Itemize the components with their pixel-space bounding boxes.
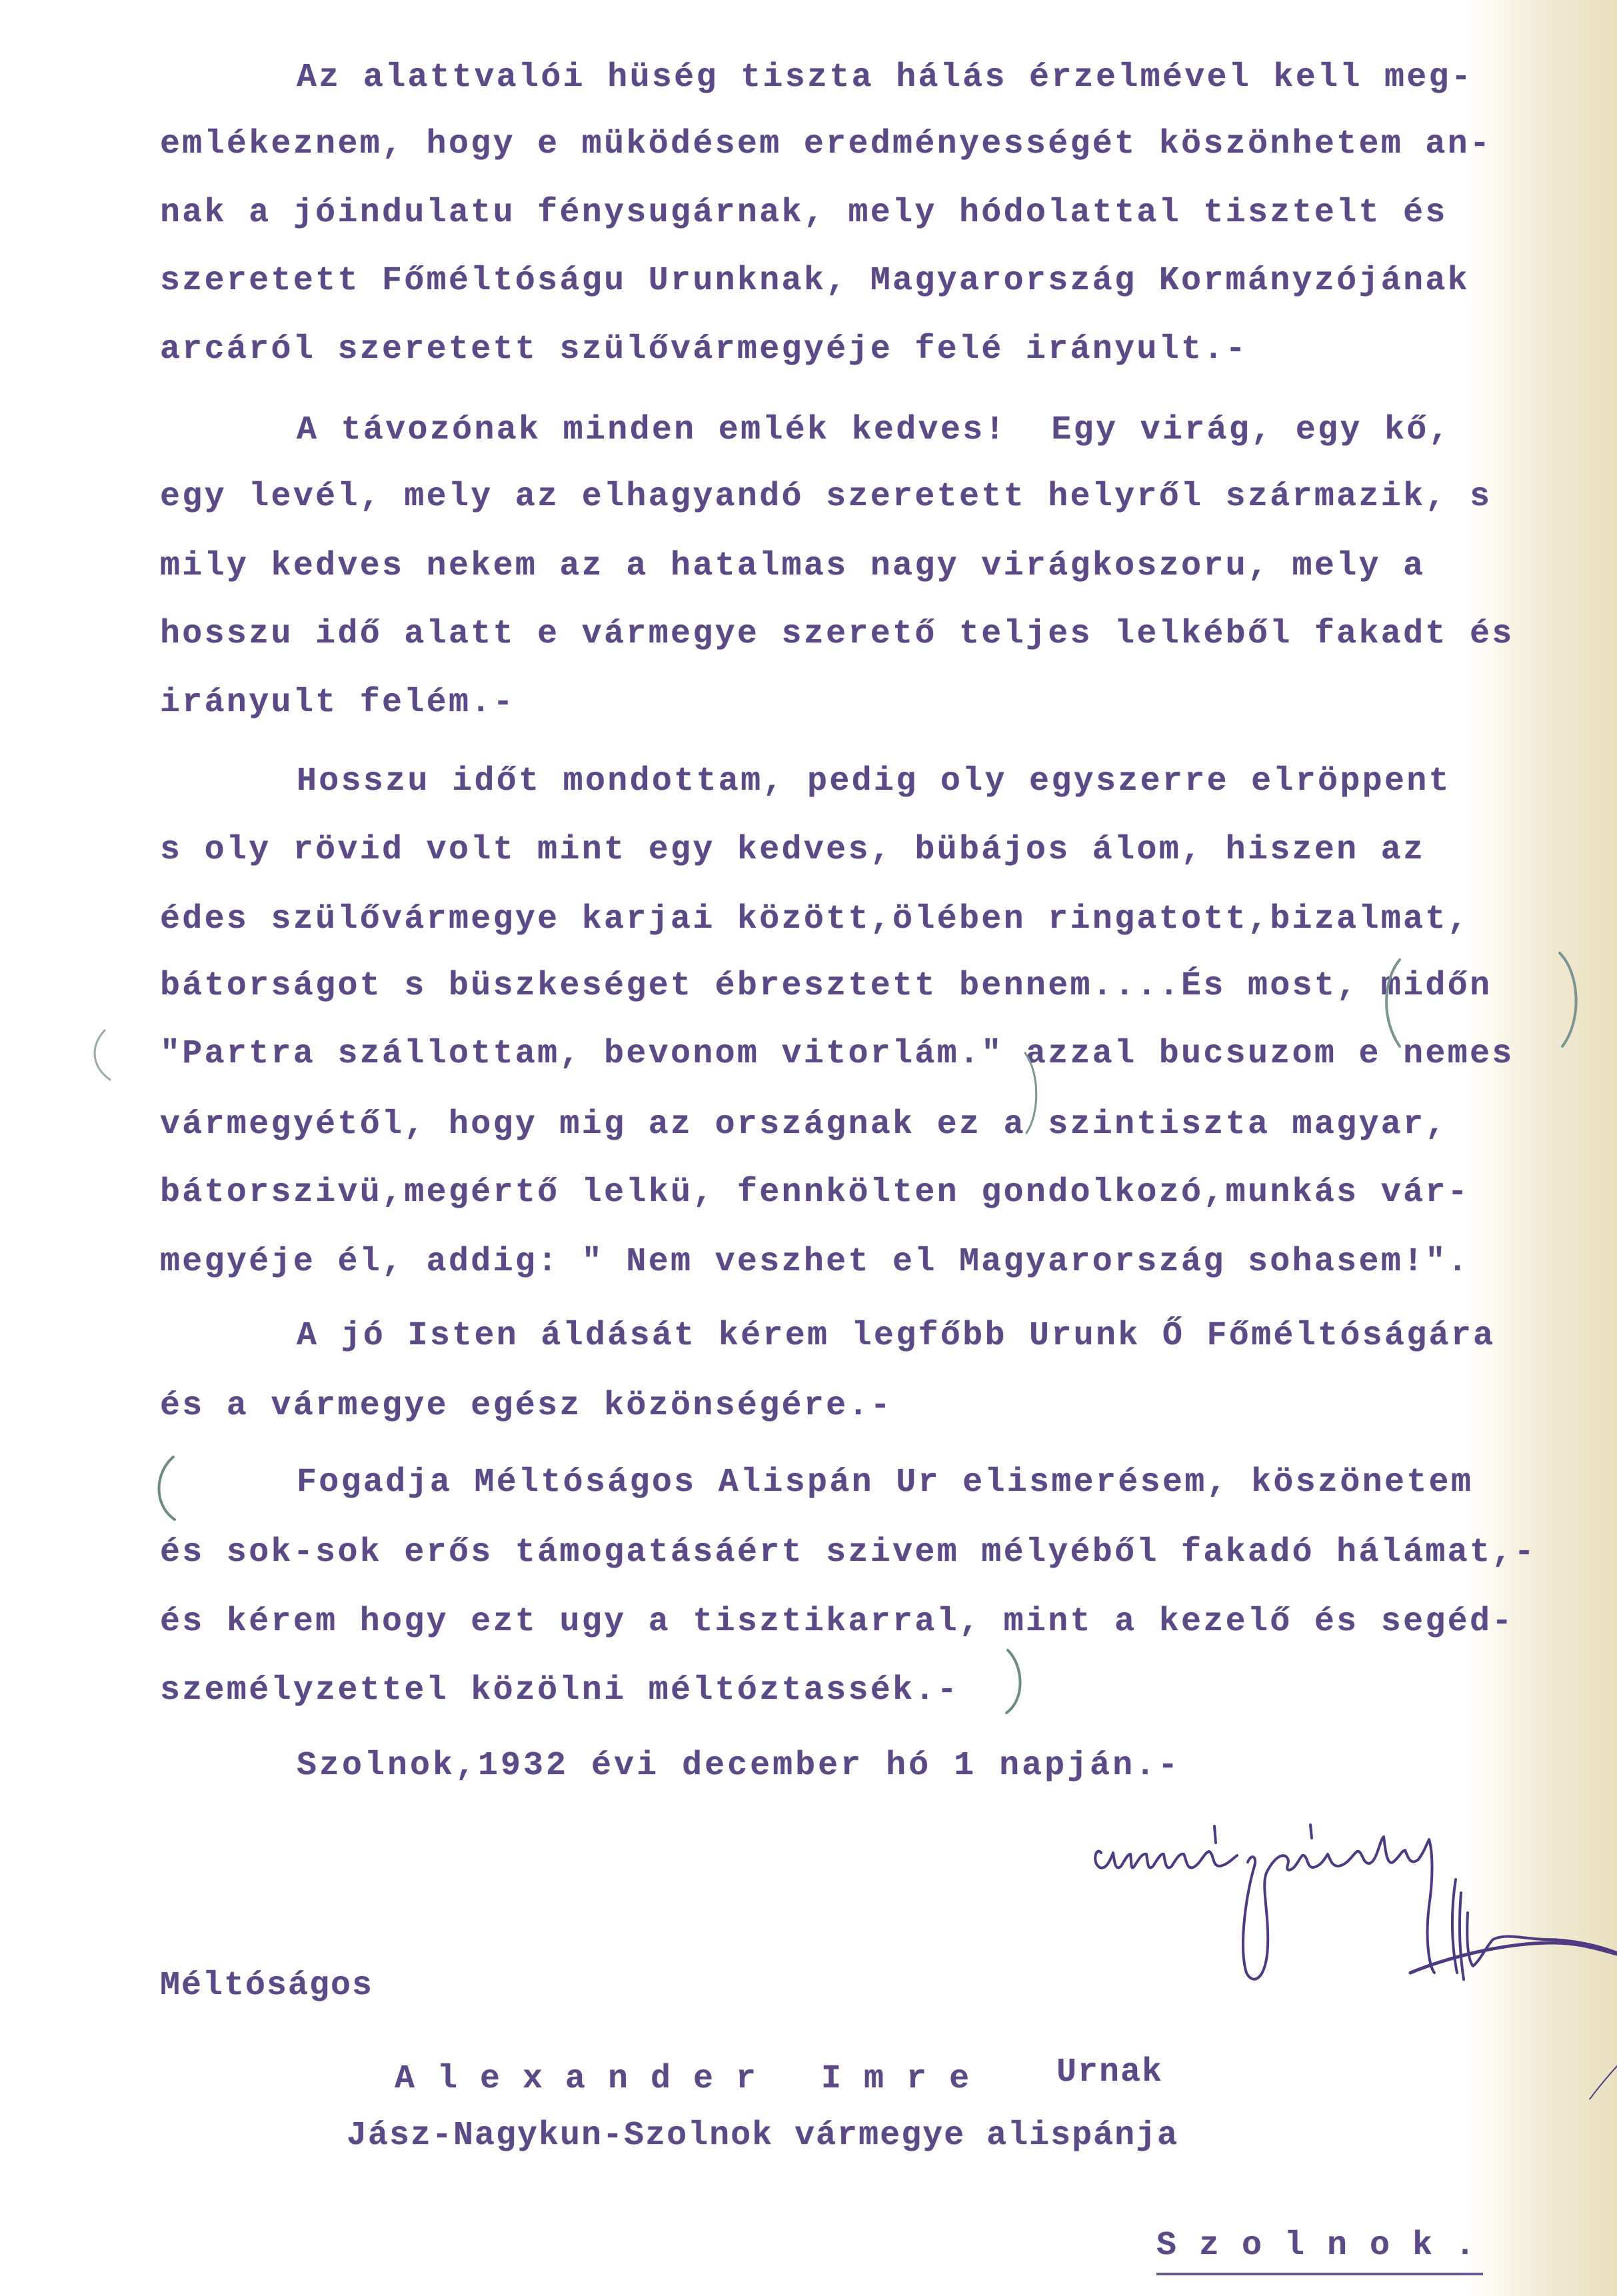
pencil-bracket-icon <box>1000 1646 1040 1720</box>
recipient-title: Jász-Nagykun-Szolnok vármegye alispánja <box>347 2116 1178 2156</box>
text-line: nak a jóindulatu fénysugárnak, mely hódo… <box>160 193 1448 233</box>
text-line: mily kedves nekem az a hatalmas nagy vir… <box>160 547 1425 586</box>
letter-page: Az alattvalói hüség tiszta hálás érzelmé… <box>0 0 1617 2296</box>
text-line: hosszu idő alatt e vármegye szerető telj… <box>160 614 1514 654</box>
text-line: s oly rövid volt mint egy kedves, bübájo… <box>160 830 1425 870</box>
signature-icon <box>1086 1813 1617 2099</box>
text-line: A távozónak minden emlék kedves! Egy vir… <box>297 411 1451 451</box>
salutation: Méltóságos <box>160 1966 373 2006</box>
pencil-bracket-icon <box>1020 1046 1053 1140</box>
text-line: személyzettel közölni méltóztassék.- <box>160 1671 959 1711</box>
text-line: szeretett Főméltóságu Urunknak, Magyaror… <box>160 261 1470 301</box>
text-line: bátorszivü,megértő lelkü, fennkölten gon… <box>160 1173 1470 1213</box>
text-line: egy levél, mely az elhagyandó szeretett … <box>160 477 1492 517</box>
dateline: Szolnok,1932 évi december hó 1 napján.- <box>297 1746 1180 1786</box>
recipient-city: Szolnok. <box>1156 2226 1498 2266</box>
text-line: bátorságot s büszkeséget ébresztett benn… <box>160 966 1492 1006</box>
pencil-bracket-icon <box>1553 946 1593 1053</box>
recipient-honorific: Urnak <box>1056 2053 1163 2093</box>
text-line: "Partra szállottam, bevonom vitorlám." a… <box>160 1034 1514 1074</box>
text-line: arcáról szeretett szülővármegyéje felé i… <box>160 330 1248 370</box>
text-line: emlékeznem, hogy e müködésem eredményess… <box>160 125 1492 165</box>
pencil-bracket-icon <box>1373 953 1426 1053</box>
recipient-name: Alexander Imre <box>395 2059 992 2099</box>
text-line: irányult felém.- <box>160 683 515 723</box>
text-line: A jó Isten áldását kérem legfőbb Urunk Ő… <box>297 1316 1495 1356</box>
text-line: édes szülővármegye karjai között,ölében … <box>160 900 1470 940</box>
text-line: Fogadja Méltóságos Alispán Ur elismerése… <box>297 1463 1473 1503</box>
text-line: megyéje él, addig: " Nem veszhet el Magy… <box>160 1242 1470 1282</box>
text-line: és a vármegye egész közönségére.- <box>160 1386 892 1426</box>
city-underline <box>1156 2273 1483 2275</box>
text-line: és kérem hogy ezt ugy a tisztikarral, mi… <box>160 1602 1514 1642</box>
pencil-bracket-icon <box>145 1453 192 1526</box>
text-line: Az alattvalói hüség tiszta hálás érzelmé… <box>297 58 1473 98</box>
text-line: és sok-sok erős támogatásáért szivem mél… <box>160 1533 1536 1573</box>
pencil-bracket-icon <box>83 1026 123 1086</box>
text-line: Hosszu időt mondottam, pedig oly egyszer… <box>297 762 1451 802</box>
text-line: vármegyétől, hogy mig az országnak ez a … <box>160 1105 1448 1145</box>
